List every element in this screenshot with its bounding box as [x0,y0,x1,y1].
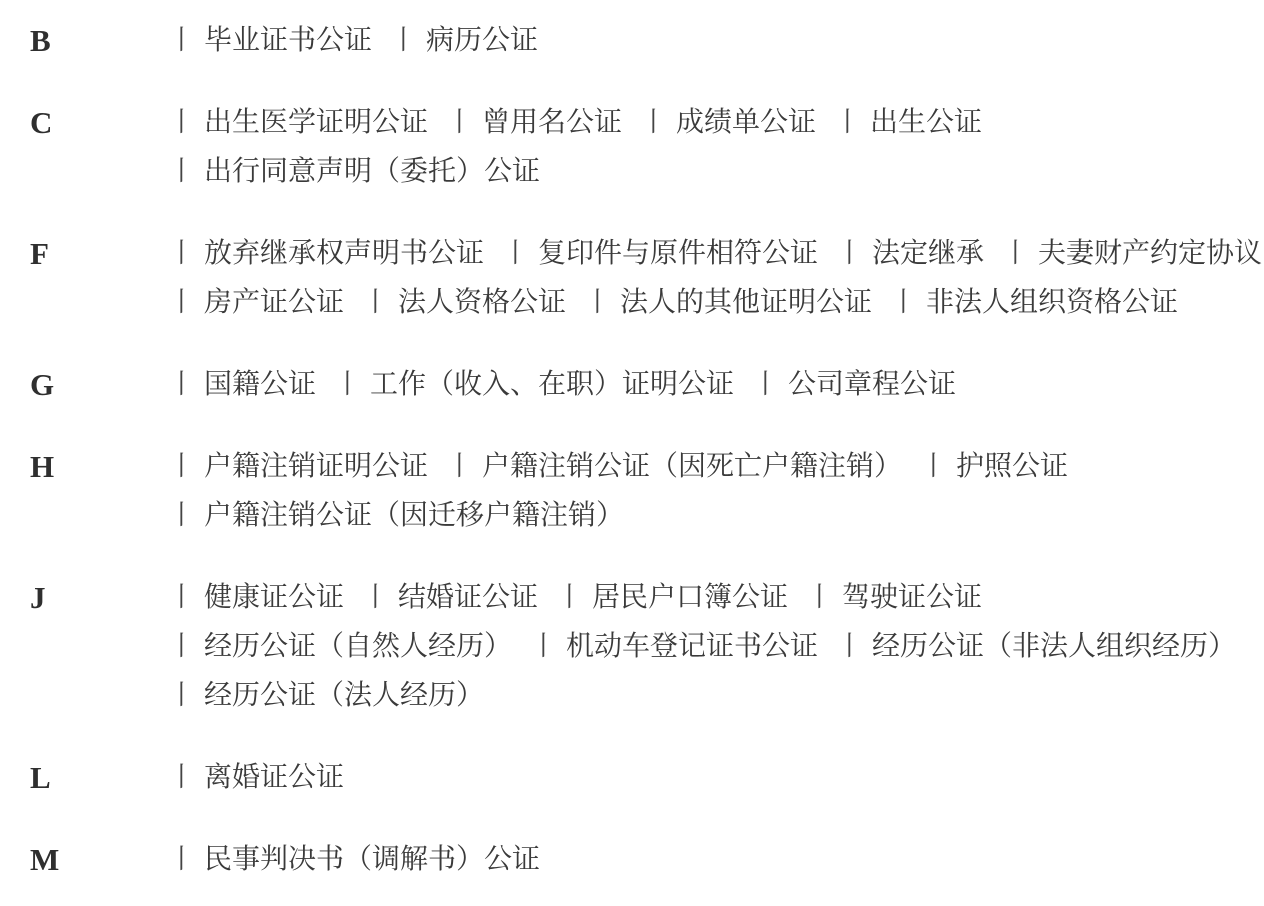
letter-group-L: L丨离婚证公证 [0,753,1264,802]
item-separator: 丨 [168,491,195,540]
notary-item-label: 离婚证公证 [204,762,344,793]
group-letter: H [30,442,168,491]
item-separator: 丨 [168,442,195,491]
letter-group-H: H丨户籍注销证明公证丨户籍注销公证（因死亡户籍注销）丨护照公证丨户籍注销公证（因… [0,442,1264,540]
group-item-lines: 丨户籍注销证明公证丨户籍注销公证（因死亡户籍注销）丨护照公证丨户籍注销公证（因迁… [168,442,1264,540]
notary-item-label: 病历公证 [426,25,538,56]
item-separator: 丨 [362,278,389,327]
notary-item-link[interactable]: 丨机动车登记证书公证 [530,622,818,671]
item-separator: 丨 [556,573,583,622]
item-separator: 丨 [1002,229,1029,278]
notary-item-label: 夫妻财产约定协议 [1038,238,1262,269]
item-separator: 丨 [168,98,195,147]
item-line: 丨经历公证（自然人经历）丨机动车登记证书公证丨经历公证（非法人组织经历） [168,622,1264,671]
letter-group-B: B丨毕业证书公证丨病历公证 [0,16,1264,65]
notary-item-link[interactable]: 丨国籍公证 [168,360,316,409]
notary-item-label: 民事判决书（调解书）公证 [204,844,540,875]
item-separator: 丨 [168,229,195,278]
item-separator: 丨 [920,442,947,491]
notary-item-label: 驾驶证公证 [842,582,982,613]
notary-item-label: 房产证公证 [204,287,344,318]
item-line: 丨国籍公证丨工作（收入、在职）证明公证丨公司章程公证 [168,360,1264,409]
notary-item-label: 出行同意声明（委托）公证 [204,156,540,187]
letter-group-C: C丨出生医学证明公证丨曾用名公证丨成绩单公证丨出生公证丨出行同意声明（委托）公证 [0,98,1264,196]
item-separator: 丨 [168,16,195,65]
item-separator: 丨 [836,229,863,278]
item-separator: 丨 [168,671,195,720]
notary-item-link[interactable]: 丨法定继承 [836,229,984,278]
group-item-lines: 丨国籍公证丨工作（收入、在职）证明公证丨公司章程公证 [168,360,1264,409]
item-separator: 丨 [168,278,195,327]
notary-item-link[interactable]: 丨病历公证 [390,16,538,65]
notary-item-label: 法人资格公证 [398,287,566,318]
notary-item-label: 非法人组织资格公证 [926,287,1178,318]
notary-item-link[interactable]: 丨驾驶证公证 [806,573,982,622]
item-separator: 丨 [168,147,195,196]
notary-item-label: 户籍注销证明公证 [204,451,428,482]
group-letter: G [30,360,168,409]
notary-item-label: 户籍注销公证（因迁移户籍注销） [204,500,624,531]
notary-item-link[interactable]: 丨复印件与原件相符公证 [502,229,818,278]
item-separator: 丨 [446,98,473,147]
item-line: 丨户籍注销证明公证丨户籍注销公证（因死亡户籍注销）丨护照公证 [168,442,1264,491]
item-line: 丨出生医学证明公证丨曾用名公证丨成绩单公证丨出生公证 [168,98,1264,147]
notary-item-link[interactable]: 丨公司章程公证 [752,360,956,409]
notary-item-label: 国籍公证 [204,369,316,400]
group-item-lines: 丨放弃继承权声明书公证丨复印件与原件相符公证丨法定继承丨夫妻财产约定协议丨房产证… [168,229,1264,327]
notary-item-link[interactable]: 丨法人的其他证明公证 [584,278,872,327]
item-separator: 丨 [806,573,833,622]
item-separator: 丨 [836,622,863,671]
item-separator: 丨 [362,573,389,622]
notary-item-label: 放弃继承权声明书公证 [204,238,484,269]
notary-item-link[interactable]: 丨经历公证（自然人经历） [168,622,512,671]
notary-item-link[interactable]: 丨成绩单公证 [640,98,816,147]
item-separator: 丨 [446,442,473,491]
item-line: 丨离婚证公证 [168,753,1264,802]
group-item-lines: 丨民事判决书（调解书）公证 [168,835,1264,884]
notary-item-label: 经历公证（非法人组织经历） [872,631,1236,662]
item-separator: 丨 [752,360,779,409]
group-item-lines: 丨离婚证公证 [168,753,1264,802]
notary-item-link[interactable]: 丨法人资格公证 [362,278,566,327]
notary-item-link[interactable]: 丨经历公证（非法人组织经历） [836,622,1236,671]
notary-item-label: 健康证公证 [204,582,344,613]
notary-item-link[interactable]: 丨户籍注销证明公证 [168,442,428,491]
notary-item-label: 毕业证书公证 [204,25,372,56]
notary-item-link[interactable]: 丨经历公证（法人经历） [168,671,484,720]
notary-item-label: 机动车登记证书公证 [566,631,818,662]
notary-item-link[interactable]: 丨曾用名公证 [446,98,622,147]
item-separator: 丨 [168,622,195,671]
group-letter: C [30,98,168,147]
item-separator: 丨 [584,278,611,327]
notary-item-label: 曾用名公证 [482,107,622,138]
notary-item-link[interactable]: 丨房产证公证 [168,278,344,327]
item-separator: 丨 [334,360,361,409]
group-letter: M [30,835,168,884]
item-line: 丨房产证公证丨法人资格公证丨法人的其他证明公证丨非法人组织资格公证 [168,278,1264,327]
notary-item-label: 居民户口簿公证 [592,582,788,613]
notary-item-link[interactable]: 丨结婚证公证 [362,573,538,622]
item-line: 丨毕业证书公证丨病历公证 [168,16,1264,65]
item-line: 丨户籍注销公证（因迁移户籍注销） [168,491,1264,540]
notary-item-label: 法人的其他证明公证 [620,287,872,318]
notary-item-link[interactable]: 丨工作（收入、在职）证明公证 [334,360,734,409]
item-separator: 丨 [168,573,195,622]
notary-item-label: 经历公证（自然人经历） [204,631,512,662]
item-line: 丨经历公证（法人经历） [168,671,1264,720]
notary-item-label: 法定继承 [872,238,984,269]
group-letter: L [30,753,168,802]
notary-item-label: 成绩单公证 [676,107,816,138]
notary-item-label: 出生医学证明公证 [204,107,428,138]
notary-item-label: 结婚证公证 [398,582,538,613]
item-line: 丨民事判决书（调解书）公证 [168,835,1264,884]
item-line: 丨健康证公证丨结婚证公证丨居民户口簿公证丨驾驶证公证 [168,573,1264,622]
notary-item-label: 护照公证 [956,451,1068,482]
letter-group-F: F丨放弃继承权声明书公证丨复印件与原件相符公证丨法定继承丨夫妻财产约定协议丨房产… [0,229,1264,327]
notary-item-link[interactable]: 丨健康证公证 [168,573,344,622]
notary-item-link[interactable]: 丨放弃继承权声明书公证 [168,229,484,278]
notary-item-link[interactable]: 丨离婚证公证 [168,753,344,802]
item-line: 丨出行同意声明（委托）公证 [168,147,1264,196]
group-letter: J [30,573,168,622]
notary-item-link[interactable]: 丨出行同意声明（委托）公证 [168,147,540,196]
letter-group-M: M丨民事判决书（调解书）公证 [0,835,1264,884]
notary-item-link[interactable]: 丨居民户口簿公证 [556,573,788,622]
item-separator: 丨 [502,229,529,278]
notary-item-label: 工作（收入、在职）证明公证 [370,369,734,400]
notary-item-label: 公司章程公证 [788,369,956,400]
notary-item-link[interactable]: 丨出生公证 [834,98,982,147]
notary-item-link[interactable]: 丨户籍注销公证（因迁移户籍注销） [168,491,624,540]
group-item-lines: 丨健康证公证丨结婚证公证丨居民户口簿公证丨驾驶证公证丨经历公证（自然人经历）丨机… [168,573,1264,720]
notary-item-link[interactable]: 丨夫妻财产约定协议 [1002,229,1262,278]
notary-item-label: 复印件与原件相符公证 [538,238,818,269]
notary-item-label: 经历公证（法人经历） [204,680,484,711]
notary-item-link[interactable]: 丨护照公证 [920,442,1068,491]
item-separator: 丨 [640,98,667,147]
notary-item-label: 出生公证 [870,107,982,138]
item-separator: 丨 [168,753,195,802]
notary-service-index: B丨毕业证书公证丨病历公证C丨出生医学证明公证丨曾用名公证丨成绩单公证丨出生公证… [0,0,1264,884]
group-letter: B [30,16,168,65]
item-separator: 丨 [530,622,557,671]
item-separator: 丨 [390,16,417,65]
letter-group-J: J丨健康证公证丨结婚证公证丨居民户口簿公证丨驾驶证公证丨经历公证（自然人经历）丨… [0,573,1264,720]
item-separator: 丨 [834,98,861,147]
item-separator: 丨 [168,835,195,884]
notary-item-link[interactable]: 丨户籍注销公证（因死亡户籍注销） [446,442,902,491]
item-separator: 丨 [890,278,917,327]
notary-item-link[interactable]: 丨非法人组织资格公证 [890,278,1178,327]
notary-item-link[interactable]: 丨出生医学证明公证 [168,98,428,147]
notary-item-link[interactable]: 丨毕业证书公证 [168,16,372,65]
notary-item-label: 户籍注销公证（因死亡户籍注销） [482,451,902,482]
letter-group-G: G丨国籍公证丨工作（收入、在职）证明公证丨公司章程公证 [0,360,1264,409]
item-line: 丨放弃继承权声明书公证丨复印件与原件相符公证丨法定继承丨夫妻财产约定协议 [168,229,1264,278]
item-separator: 丨 [168,360,195,409]
group-letter: F [30,229,168,278]
group-item-lines: 丨毕业证书公证丨病历公证 [168,16,1264,65]
notary-item-link[interactable]: 丨民事判决书（调解书）公证 [168,835,540,884]
group-item-lines: 丨出生医学证明公证丨曾用名公证丨成绩单公证丨出生公证丨出行同意声明（委托）公证 [168,98,1264,196]
